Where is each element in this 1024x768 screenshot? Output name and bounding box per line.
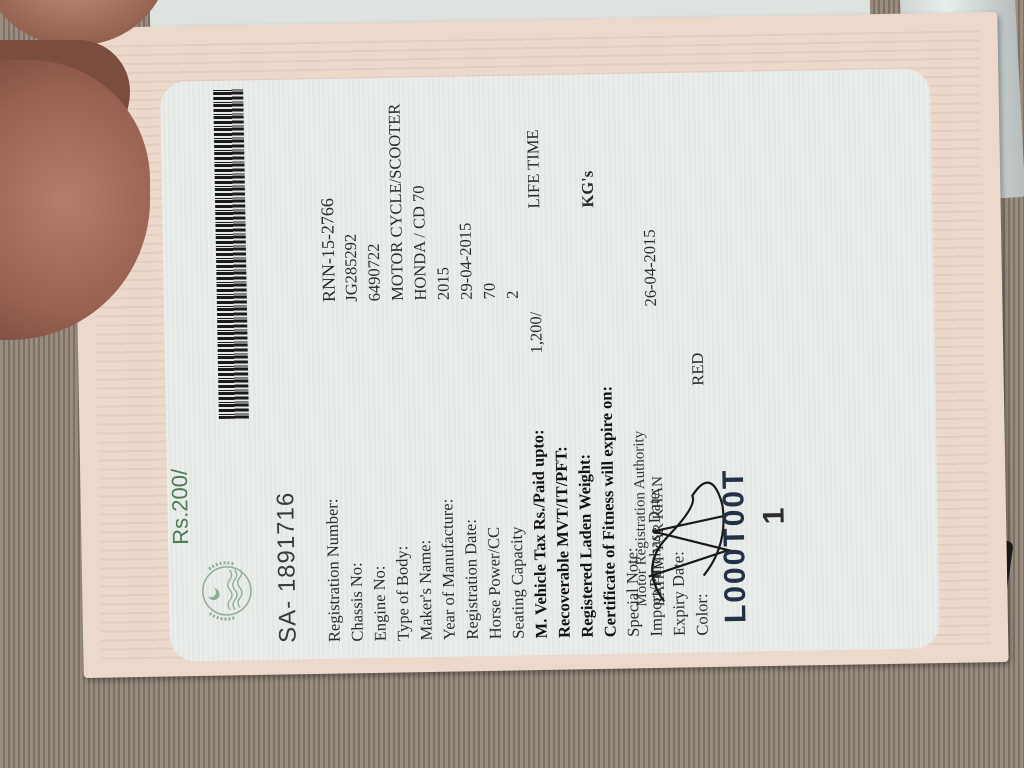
stamp-digit: 1 bbox=[758, 507, 792, 524]
serial-number: SA- 1891716 bbox=[272, 492, 303, 644]
registration-fields: Registration Number:RNN-15-2766 Chassis … bbox=[325, 635, 716, 642]
registration-document: Rs.200/ SA- 1891716 Registration Number:… bbox=[155, 62, 935, 655]
fee-amount: Rs.200/ bbox=[167, 469, 194, 545]
punjab-government-emblem-icon bbox=[193, 557, 260, 624]
stamp-number: L000T00T bbox=[717, 468, 754, 623]
barcode bbox=[213, 89, 249, 419]
